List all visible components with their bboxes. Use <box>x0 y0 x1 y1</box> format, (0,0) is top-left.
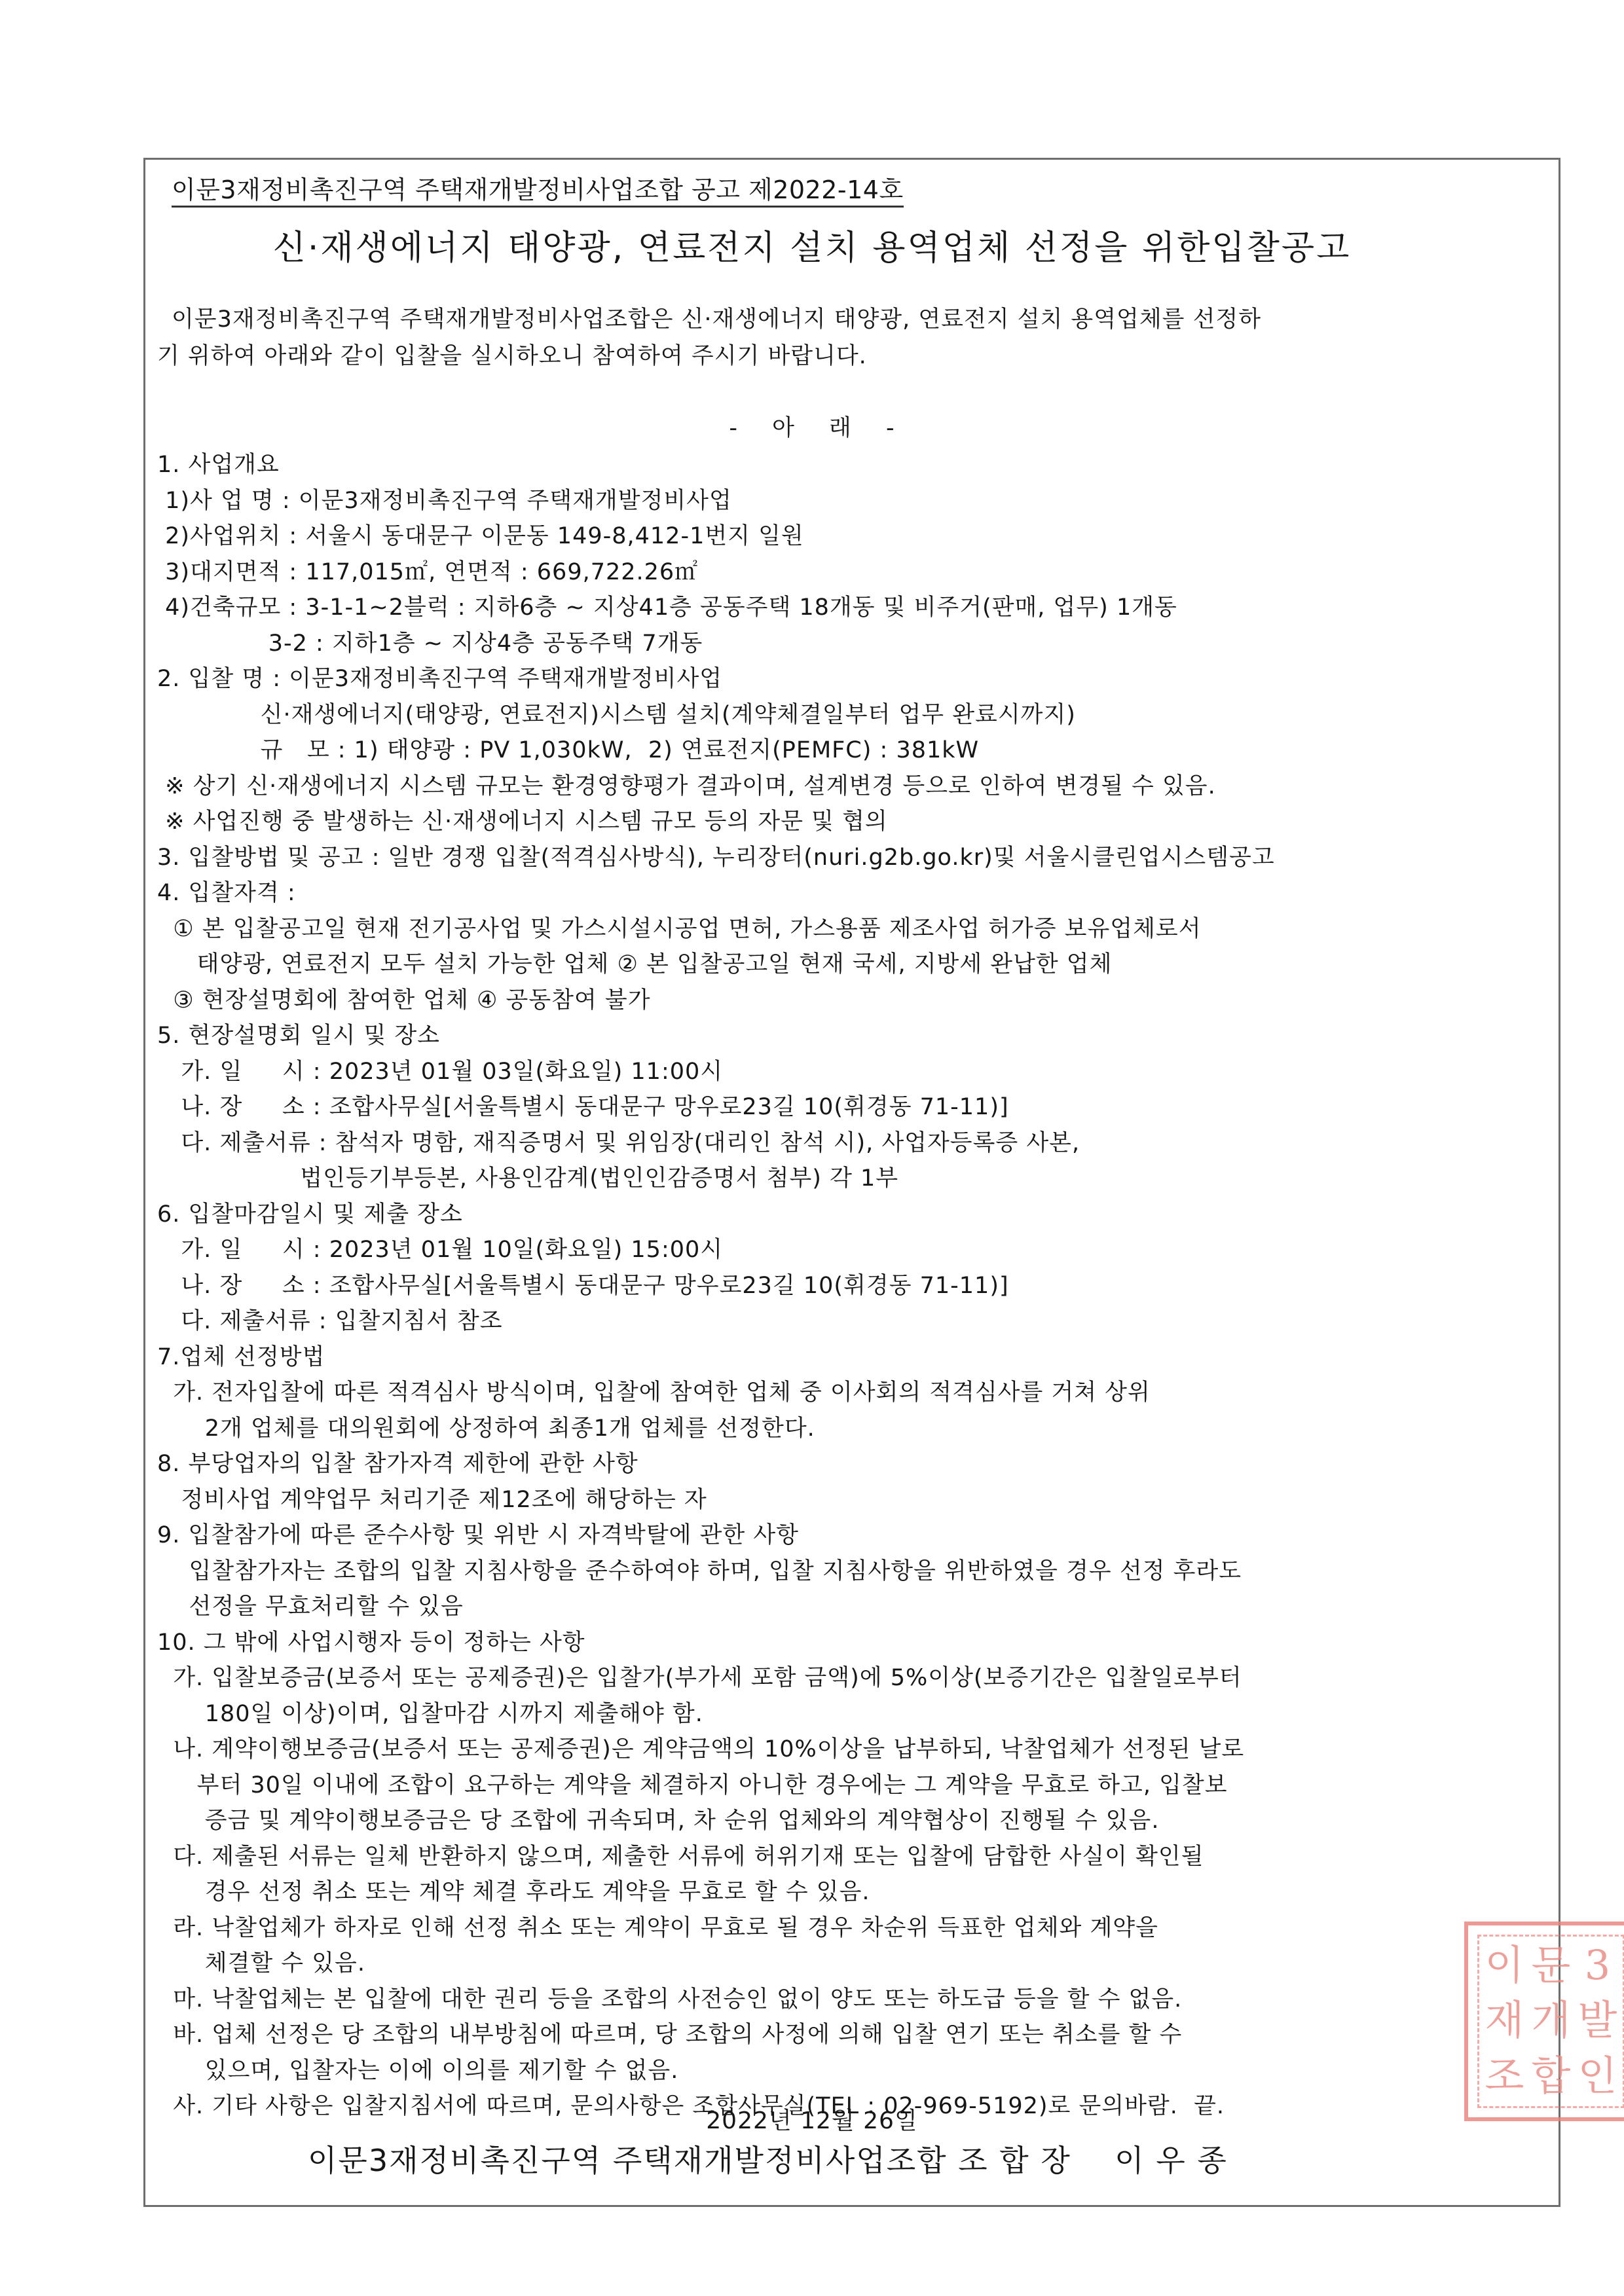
notice-line: 체결할 수 있음. <box>157 1949 365 1978</box>
notice-line: 규 모 : 1) 태양광 : PV 1,030kW, 2) 연료전지(PEMFC… <box>157 736 979 765</box>
notice-line: 4. 입찰자격 : <box>157 879 296 907</box>
seal-glyph: 3 <box>1574 1939 1621 1994</box>
section-separator: - 아 래 - <box>0 414 1624 443</box>
notice-line: ※ 상기 신·재생에너지 시스템 규모는 환경영향평가 결과이며, 설계변경 등… <box>157 772 1216 801</box>
notice-line: 나. 장 소 : 조합사무실[서울특별시 동대문구 망우로23길 10(휘경동 … <box>157 1271 1009 1300</box>
notice-line: 1. 사업개요 <box>157 450 280 479</box>
official-seal-stamp: 이문3재개발조합인 <box>1464 1922 1624 2121</box>
notice-line: 10. 그 밖에 사업시행자 등이 정하는 사항 <box>157 1628 585 1657</box>
notice-line: 가. 일 시 : 2023년 01월 10일(화요일) 15:00시 <box>157 1235 723 1264</box>
notice-line: 가. 전자입찰에 따른 적격심사 방식이며, 입찰에 참여한 업체 중 이사회의… <box>157 1378 1151 1407</box>
notice-line: 다. 제출서류 : 참석자 명함, 재직증명서 및 위임장(대리인 참석 시),… <box>157 1129 1080 1157</box>
notice-line: 입찰참가자는 조합의 입찰 지침사항을 준수하여야 하며, 입찰 지침사항을 위… <box>157 1557 1242 1586</box>
seal-glyph: 이 <box>1481 1939 1528 1994</box>
notice-line: 6. 입찰마감일시 및 제출 장소 <box>157 1200 463 1229</box>
notice-line: 2. 입찰 명 : 이문3재정비촉진구역 주택재개발정비사업 <box>157 665 722 693</box>
notice-line: 3-2 : 지하1층 ~ 지상4층 공동주택 7개동 <box>157 629 703 658</box>
notice-line: 1)사 업 명 : 이문3재정비촉진구역 주택재개발정비사업 <box>157 486 732 515</box>
notice-line: 나. 계약이행보증금(보증서 또는 공제증권)은 계약금액의 10%이상을 납부… <box>157 1735 1244 1764</box>
seal-glyph: 개 <box>1528 1994 1574 2049</box>
notice-line: 마. 낙찰업체는 본 입찰에 대한 권리 등을 조합의 사전승인 없이 양도 또… <box>157 1985 1182 2014</box>
intro-line-2: 기 위하여 아래와 같이 입찰을 실시하오니 참여하여 주시기 바랍니다. <box>157 342 867 371</box>
notice-line: 신·재생에너지(태양광, 연료전지)시스템 설치(계약체결일부터 업무 완료시까… <box>157 701 1076 729</box>
notice-date: 2022년 12월 26일 <box>0 2107 1624 2136</box>
notice-line: 가. 입찰보증금(보증서 또는 공제증권)은 입찰가(부가세 포함 금액)에 5… <box>157 1664 1242 1692</box>
notice-line: 2)사업위치 : 서울시 동대문구 이문동 149-8,412-1번지 일원 <box>157 522 804 551</box>
seal-glyph: 조 <box>1481 2049 1528 2104</box>
notice-line: ① 본 입찰공고일 현재 전기공사업 및 가스시설시공업 면허, 가스용품 제조… <box>157 915 1202 943</box>
seal-glyph: 합 <box>1528 2049 1574 2104</box>
signature-line: 이문3재정비촉진구역 주택재개발정비사업조합 조 합 장 이 우 종 <box>308 2142 1228 2179</box>
notice-line: 다. 제출서류 : 입찰지침서 참조 <box>157 1307 503 1336</box>
notice-line: 3. 입찰방법 및 공고 : 일반 경쟁 입찰(적격심사방식), 누리장터(nu… <box>157 843 1275 872</box>
notice-line: 바. 업체 선정은 당 조합의 내부방침에 따르며, 당 조합의 사정에 의해 … <box>157 2020 1182 2049</box>
notice-line: 라. 낙찰업체가 하자로 인해 선정 취소 또는 계약이 무효로 될 경우 차순… <box>157 1914 1158 1942</box>
notice-line: 7.업체 선정방법 <box>157 1343 325 1372</box>
seal-glyph: 재 <box>1481 1994 1528 2049</box>
seal-glyph: 문 <box>1528 1939 1574 1994</box>
notice-line: 5. 현장설명회 일시 및 장소 <box>157 1021 440 1050</box>
notice-line: 부터 30일 이내에 조합이 요구하는 계약을 체결하지 아니한 경우에는 그 … <box>157 1771 1228 1800</box>
notice-line: 2개 업체를 대의원회에 상정하여 최종1개 업체를 선정한다. <box>157 1414 815 1443</box>
notice-line: 9. 입찰참가에 따른 준수사항 및 위반 시 자격박탈에 관한 사항 <box>157 1521 799 1550</box>
notice-line: 선정을 무효처리할 수 있음 <box>157 1592 464 1621</box>
notice-line: 증금 및 계약이행보증금은 당 조합에 귀속되며, 차 순위 업체와의 계약협상… <box>157 1806 1159 1835</box>
intro-line-1: 이문3재정비촉진구역 주택재개발정비사업조합은 신·재생에너지 태양광, 연료전… <box>172 305 1540 334</box>
seal-glyph: 인 <box>1574 2049 1621 2104</box>
notice-line: 8. 부당업자의 입찰 참가자격 제한에 관한 사항 <box>157 1449 638 1478</box>
notice-line: ③ 현장설명회에 참여한 업체 ④ 공동참여 불가 <box>157 986 651 1015</box>
document-title: 신·재생에너지 태양광, 연료전지 설치 용역업체 선정을 위한입찰공고 <box>0 228 1624 268</box>
notice-line: 나. 장 소 : 조합사무실[서울특별시 동대문구 망우로23길 10(휘경동 … <box>157 1093 1009 1121</box>
notice-line: 가. 일 시 : 2023년 01월 03일(화요일) 11:00시 <box>157 1057 723 1086</box>
notice-line: ※ 사업진행 중 발생하는 신·재생에너지 시스템 규모 등의 자문 및 협의 <box>157 807 888 836</box>
seal-glyph: 발 <box>1574 1994 1621 2049</box>
notice-line: 있으며, 입찰자는 이에 이의를 제기할 수 없음. <box>157 2056 678 2085</box>
notice-line: 법인등기부등본, 사용인감계(법인인감증명서 첨부) 각 1부 <box>157 1164 898 1193</box>
notice-line: 다. 제출된 서류는 일체 반환하지 않으며, 제출한 서류에 허위기재 또는 … <box>157 1842 1204 1871</box>
notice-line: 정비사업 계약업무 처리기준 제12조에 해당하는 자 <box>157 1485 707 1514</box>
notice-line: 180일 이상)이며, 입찰마감 시까지 제출해야 함. <box>157 1700 703 1728</box>
notice-line: 3)대지면적 : 117,015㎡, 연면적 : 669,722.26㎡ <box>157 558 698 587</box>
seal-glyphs: 이문3재개발조합인 <box>1481 1939 1621 2104</box>
notice-line: 태양광, 연료전지 모두 설치 가능한 업체 ② 본 입찰공고일 현재 국세, … <box>157 950 1112 979</box>
notice-line: 4)건축규모 : 3-1-1~2블럭 : 지하6층 ~ 지상41층 공동주택 1… <box>157 593 1177 622</box>
notice-line: 경우 선정 취소 또는 계약 체결 후라도 계약을 무효로 할 수 있음. <box>157 1878 870 1906</box>
notice-number: 이문3재정비촉진구역 주택재개발정비사업조합 공고 제2022-14호 <box>172 175 904 208</box>
